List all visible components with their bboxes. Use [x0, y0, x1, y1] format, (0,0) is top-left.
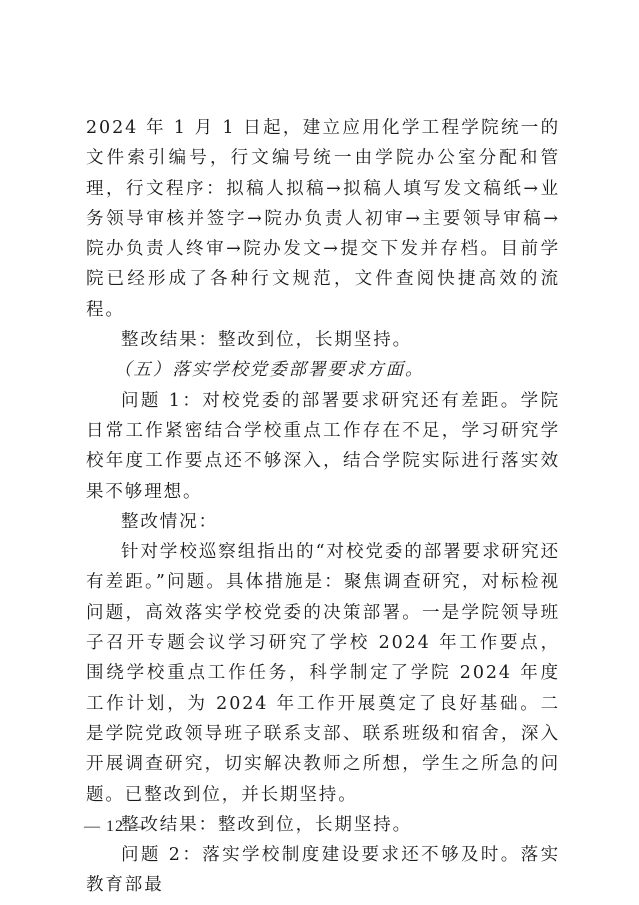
paragraph-document-numbering: 2024 年 1 月 1 日起，建立应用化学工程学院统一的文件索引编号，行文编号… [86, 113, 560, 325]
page-number: — 12 — [84, 818, 146, 836]
document-page: 2024 年 1 月 1 日起，建立应用化学工程学院统一的文件索引编号，行文编号… [0, 0, 639, 905]
paragraph-rectification-status-label: 整改情况： [86, 507, 560, 537]
document-body: 2024 年 1 月 1 日起，建立应用化学工程学院统一的文件索引编号，行文编号… [86, 113, 560, 901]
paragraph-rectification-measures: 针对学校巡察组指出的“对校党委的部署要求研究还有差距。”问题。具体措施是：聚焦调… [86, 537, 560, 810]
paragraph-problem-1: 问题 1：对校党委的部署要求研究还有差距。学院日常工作紧密结合学校重点工作存在不… [86, 386, 560, 507]
section-heading-5: （五）落实学校党委部署要求方面。 [86, 355, 560, 385]
paragraph-problem-2: 问题 2：落实学校制度建设要求还不够及时。落实教育部最 [86, 840, 560, 901]
paragraph-rectification-result-2: 整改结果：整改到位，长期坚持。 [86, 810, 560, 840]
paragraph-rectification-result-1: 整改结果：整改到位，长期坚持。 [86, 325, 560, 355]
